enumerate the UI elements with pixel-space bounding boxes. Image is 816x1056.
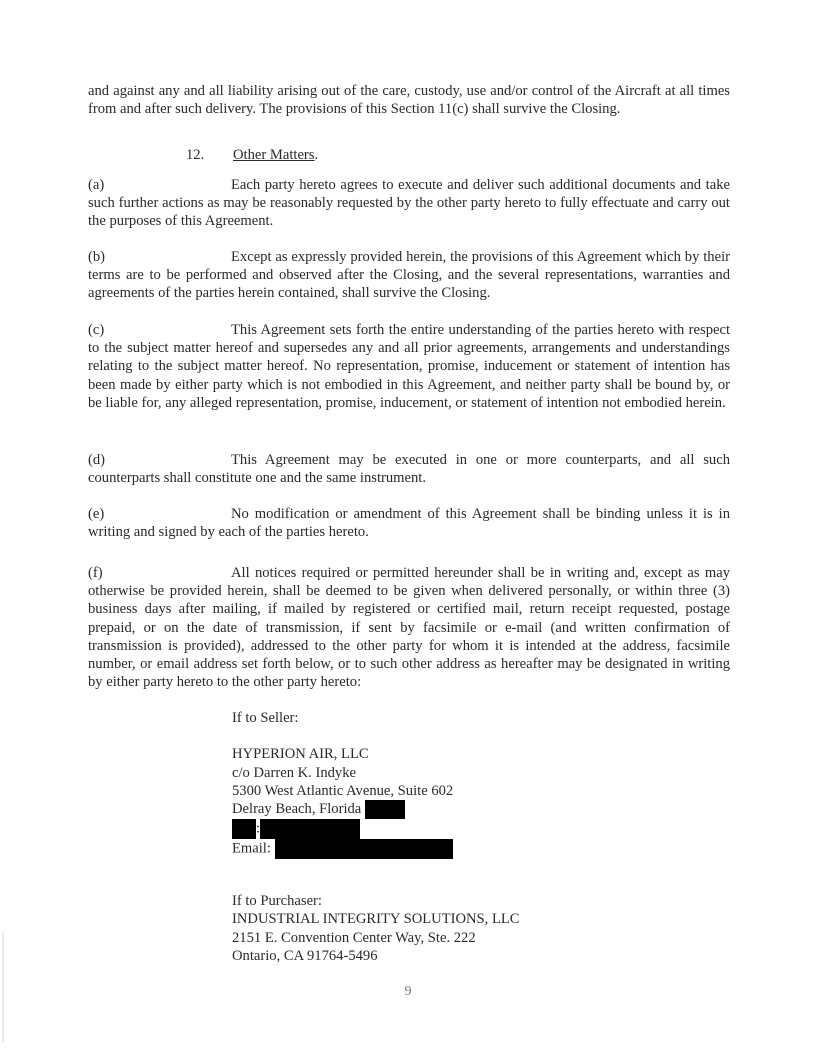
clause-label: (f) xyxy=(88,564,128,582)
clause-label: (e) xyxy=(88,505,128,523)
clause-label: (c) xyxy=(88,321,128,339)
redaction-box xyxy=(232,819,256,839)
clause-f: (f)All notices required or permitted her… xyxy=(88,564,730,691)
redaction-box xyxy=(365,800,405,819)
purchaser-city: Ontario, CA 91764-5496 xyxy=(232,947,520,965)
seller-address-block: If to Seller: HYPERION AIR, LLC c/o Darr… xyxy=(232,709,453,859)
seller-fax-line: : xyxy=(232,819,453,839)
section-heading: 12.Other Matters. xyxy=(186,147,318,164)
page-number: 9 xyxy=(0,984,816,1000)
section-title: Other Matters xyxy=(233,147,314,163)
redaction-box xyxy=(275,839,453,859)
seller-street: 5300 West Atlantic Avenue, Suite 602 xyxy=(232,782,453,800)
seller-name: HYPERION AIR, LLC xyxy=(232,745,453,763)
purchaser-heading: If to Purchaser: xyxy=(232,892,520,910)
clause-c: (c)This Agreement sets forth the entire … xyxy=(88,321,730,412)
redaction-box xyxy=(260,819,360,839)
continuation-paragraph: and against any and all liability arisin… xyxy=(88,82,730,118)
purchaser-street: 2151 E. Convention Center Way, Ste. 222 xyxy=(232,929,520,947)
clause-d: (d)This Agreement may be executed in one… xyxy=(88,451,730,487)
purchaser-name: INDUSTRIAL INTEGRITY SOLUTIONS, LLC xyxy=(232,910,520,928)
clause-label: (b) xyxy=(88,248,128,266)
document-page: and against any and all liability arisin… xyxy=(0,0,816,1056)
clause-text: All notices required or permitted hereun… xyxy=(88,565,730,690)
clause-e: (e)No modification or amendment of this … xyxy=(88,505,730,541)
clause-a: (a)Each party hereto agrees to execute a… xyxy=(88,176,730,231)
purchaser-address-block: If to Purchaser: INDUSTRIAL INTEGRITY SO… xyxy=(232,892,520,965)
clause-label: (d) xyxy=(88,451,128,469)
clause-b: (b)Except as expressly provided herein, … xyxy=(88,248,730,303)
seller-heading: If to Seller: xyxy=(232,709,453,727)
section-number: 12. xyxy=(186,147,233,164)
seller-attn: c/o Darren K. Indyke xyxy=(232,764,453,782)
seller-city-line: Delray Beach, Florida xyxy=(232,800,453,819)
seller-email-line: Email: xyxy=(232,839,453,859)
clause-label: (a) xyxy=(88,176,128,194)
